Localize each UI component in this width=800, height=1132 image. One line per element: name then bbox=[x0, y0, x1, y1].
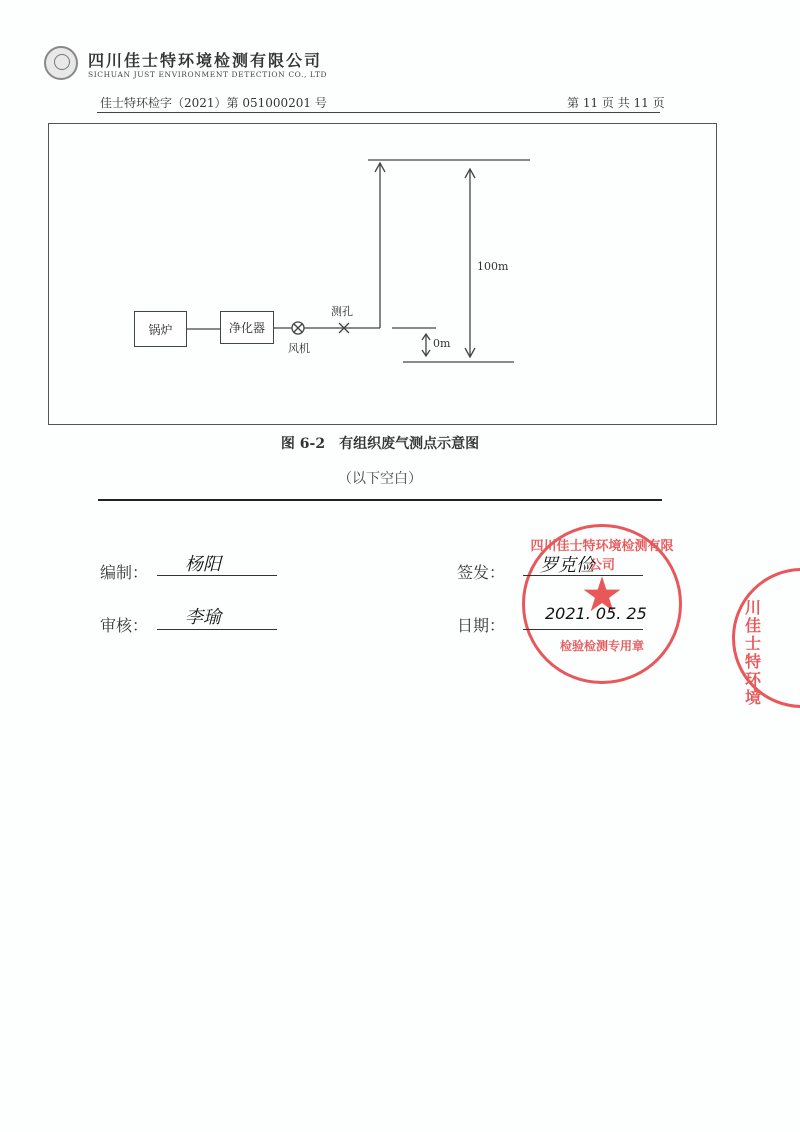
purifier-node: 净化器 bbox=[220, 311, 274, 344]
date-line bbox=[523, 629, 643, 630]
sampling-port-label: 测孔 bbox=[331, 303, 353, 319]
reviewed-by-signature: 李瑜 bbox=[185, 603, 221, 629]
side-stamp-text: 川佳士特环境 bbox=[745, 599, 765, 707]
boiler-label: 锅炉 bbox=[148, 321, 172, 338]
issued-by-label: 签发： bbox=[457, 560, 505, 583]
height-100m-label: 100m bbox=[477, 260, 508, 273]
diagram-lines bbox=[0, 0, 800, 440]
blank-note: （以下空白） bbox=[0, 468, 760, 488]
issued-by-signature: 罗克俭 bbox=[540, 551, 594, 577]
date-value: 2021. 05. 25 bbox=[545, 604, 647, 623]
side-stamp: 川佳士特环境 bbox=[732, 568, 800, 708]
height-0m-label: 0m bbox=[433, 337, 450, 350]
date-label: 日期： bbox=[457, 613, 505, 636]
reviewed-by-label: 审核： bbox=[100, 613, 148, 636]
stamp-subtext: 检验检测专用章 bbox=[525, 637, 679, 654]
figure-caption: 图 6-2 有组织废气测点示意图 bbox=[0, 433, 760, 453]
reviewed-by-line bbox=[157, 629, 277, 630]
section-divider bbox=[98, 499, 662, 501]
compiled-by-label: 编制： bbox=[100, 560, 148, 583]
compiled-by-signature: 杨阳 bbox=[185, 550, 221, 576]
boiler-node: 锅炉 bbox=[134, 311, 187, 347]
fan-label: 风机 bbox=[288, 340, 310, 356]
purifier-label: 净化器 bbox=[229, 319, 265, 336]
